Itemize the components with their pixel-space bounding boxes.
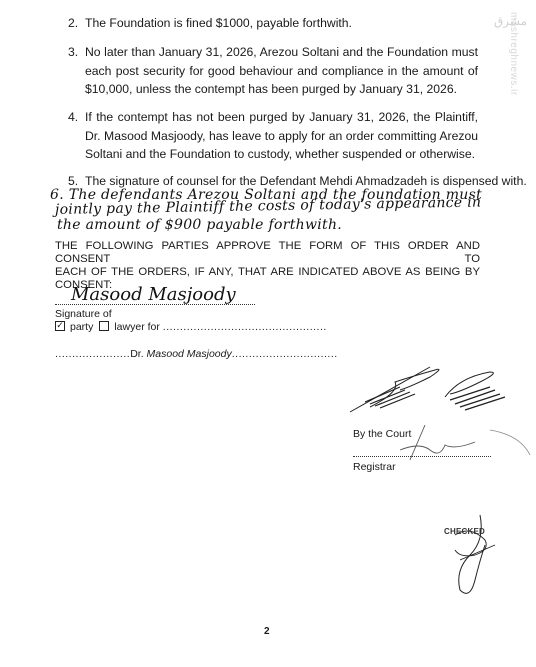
party-checkbox[interactable] (55, 321, 65, 331)
lawyer-label: lawyer for (114, 321, 160, 333)
lawyer-for-blank: ........................................… (163, 321, 327, 333)
signer-type-row: partylawyer for ........................… (55, 321, 327, 333)
judge-signature (340, 362, 530, 417)
item-text: No later than January 31, 2026, Arezou S… (85, 43, 478, 99)
consent-line-1: THE FOLLOWING PARTIES APPROVE THE FORM O… (55, 240, 480, 266)
checked-stamp-signature (440, 510, 510, 600)
handwritten-order-item-6: 6. The defendants Arezou Soltani and the… (50, 188, 490, 233)
lawyer-checkbox[interactable] (99, 321, 109, 331)
item-number: 2. (68, 14, 78, 33)
document-page: مشرق mashreghnews.ir 2. The Foundation i… (0, 0, 536, 667)
item-text: The Foundation is fined $1000, payable f… (85, 14, 478, 33)
party-label: party (70, 321, 93, 333)
registrar-signature (380, 420, 536, 470)
party-name: Masood Masjoody (147, 348, 232, 360)
party-title: Dr. (130, 348, 143, 360)
handwritten-line: the amount of $900 payable forthwith. (50, 218, 490, 233)
registrar-label: Registrar (353, 461, 396, 473)
signature-label: Signature of (55, 308, 112, 320)
watermark-text: mashreghnews.ir (508, 12, 519, 96)
party-name-row: ......................Dr. Masood Masjood… (55, 348, 338, 360)
registrar-signature-line (353, 456, 491, 457)
signature-line (55, 304, 255, 305)
handwritten-signature: Masood Masjoody (71, 284, 236, 305)
checked-stamp-text: CHECKED (444, 527, 485, 536)
item-number: 4. (68, 108, 78, 127)
page-number: 2 (264, 626, 270, 637)
item-text: If the contempt has not been purged by J… (85, 108, 478, 164)
item-number: 3. (68, 43, 78, 62)
